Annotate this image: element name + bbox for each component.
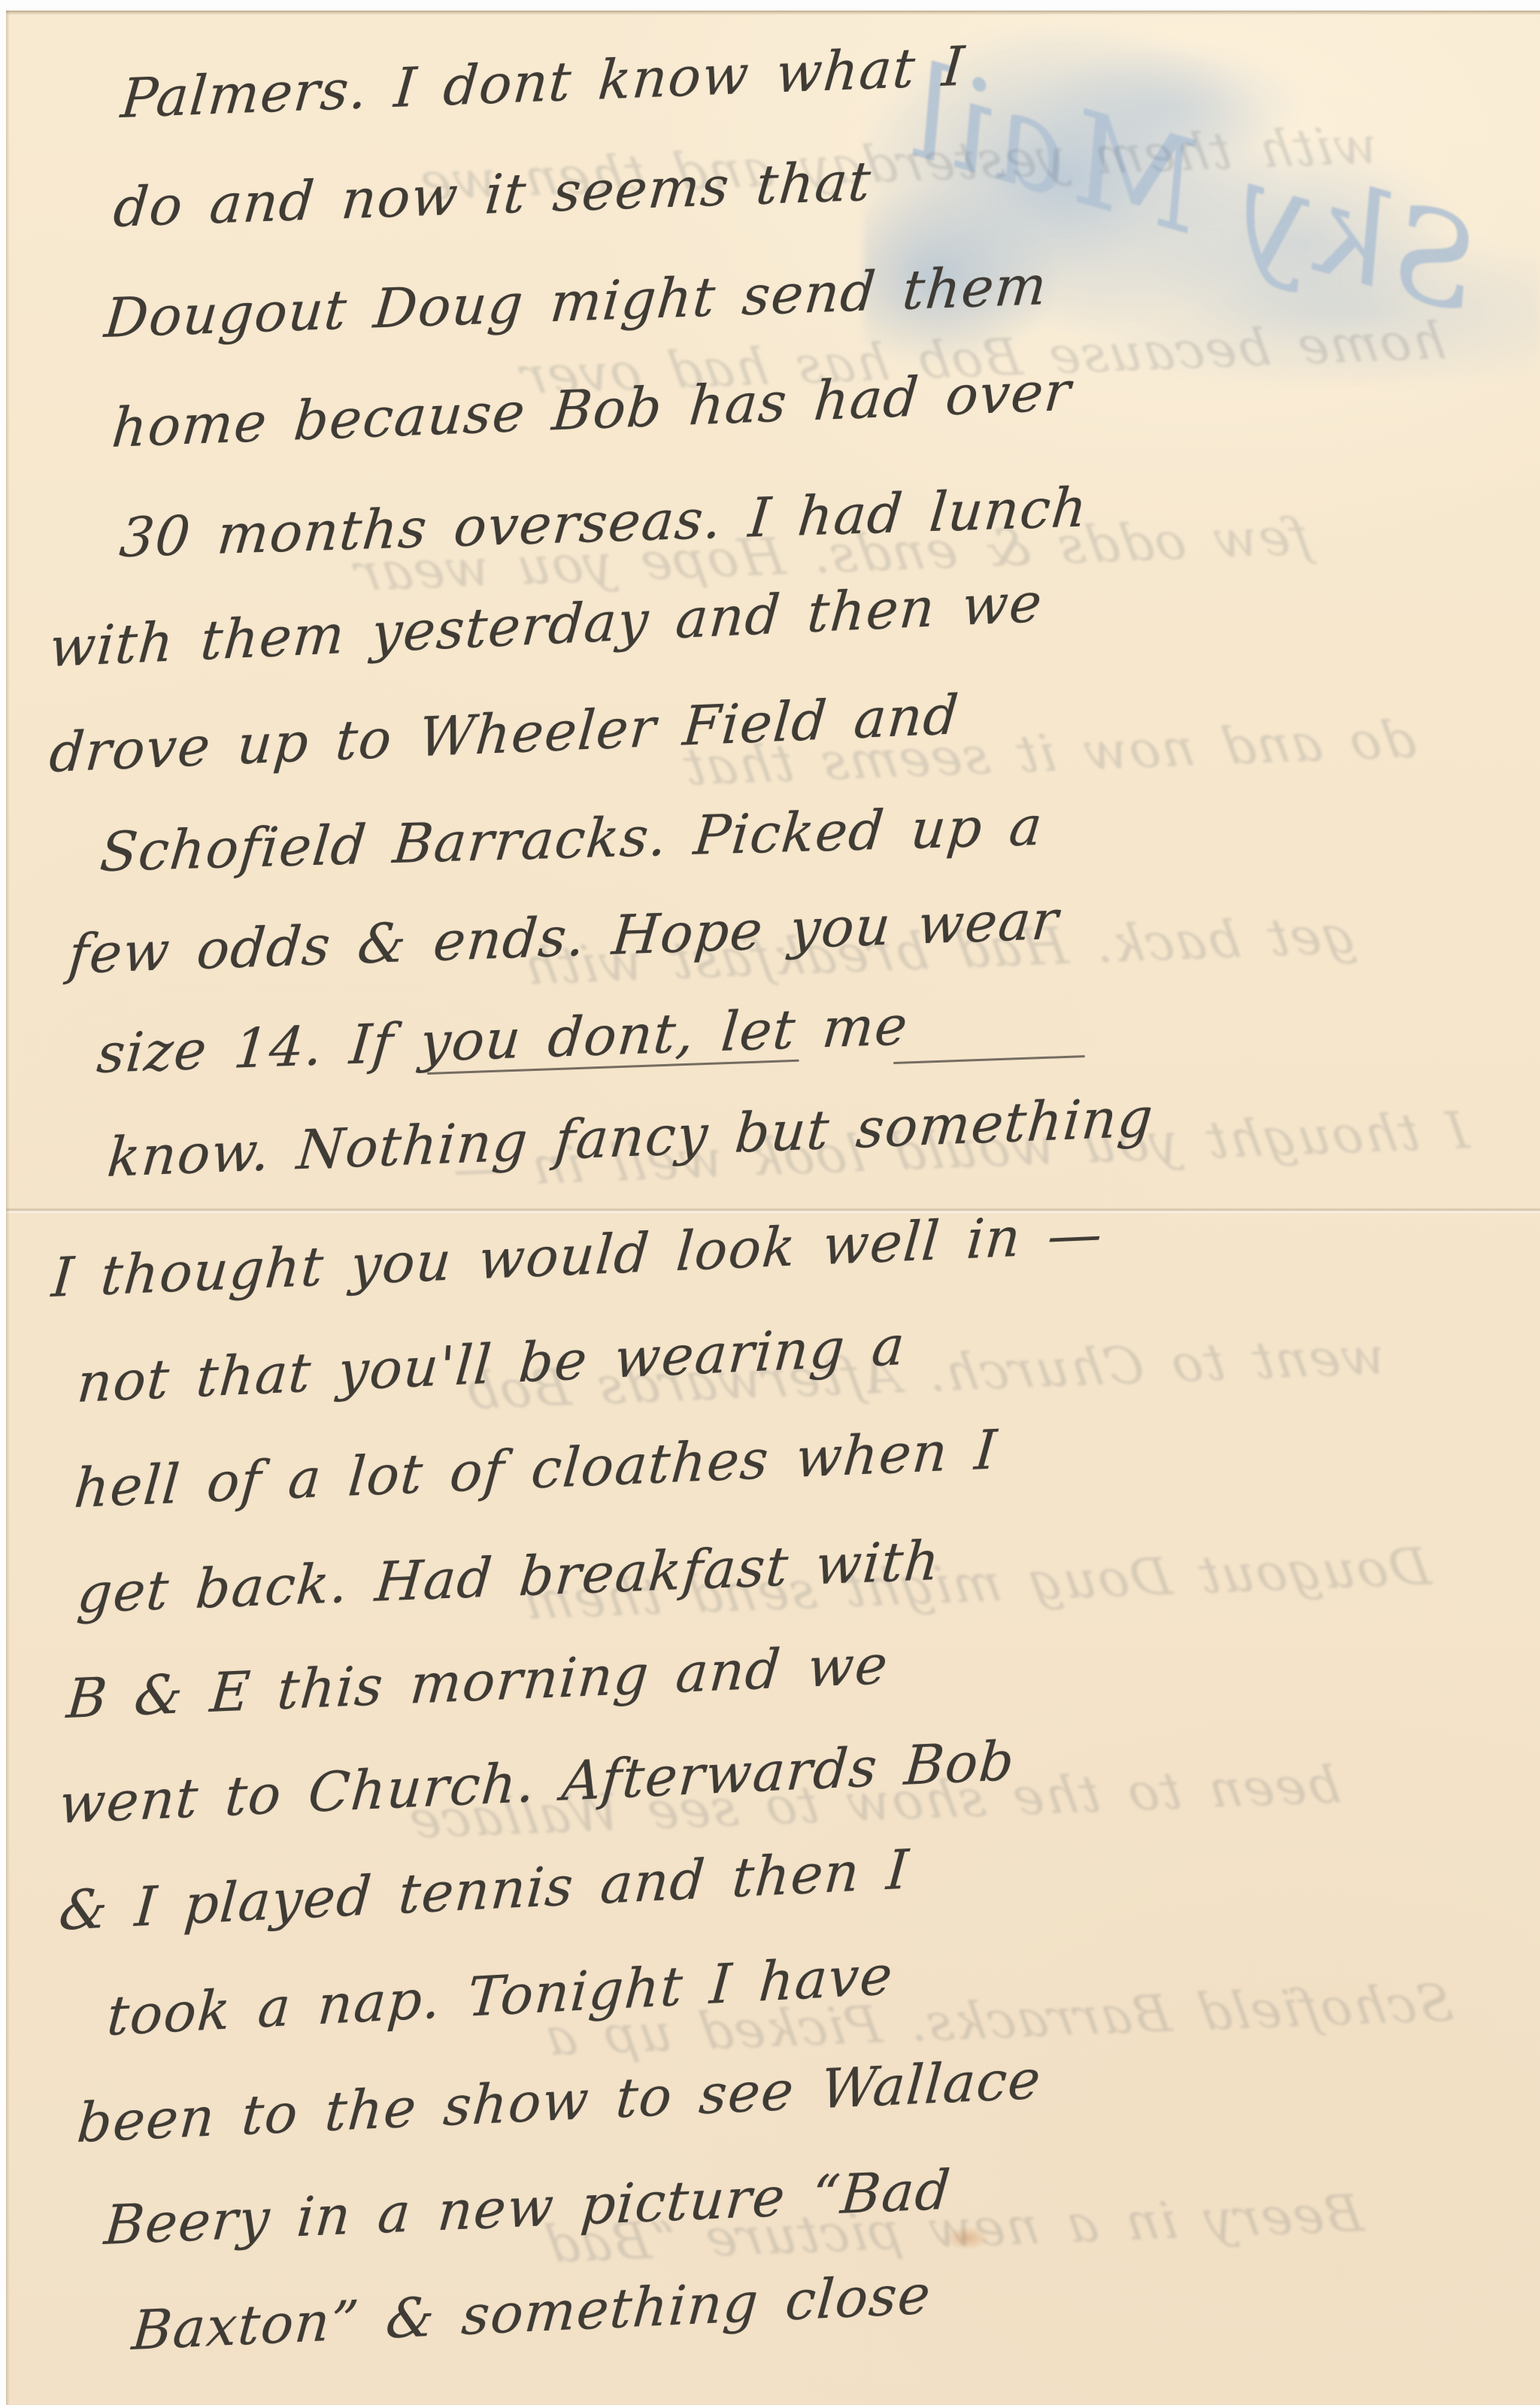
letter-paper: Sky Mail with them yesterday and then we… — [6, 11, 1540, 2405]
fold-crease — [6, 1208, 1540, 1214]
paper-stain — [944, 2226, 990, 2250]
